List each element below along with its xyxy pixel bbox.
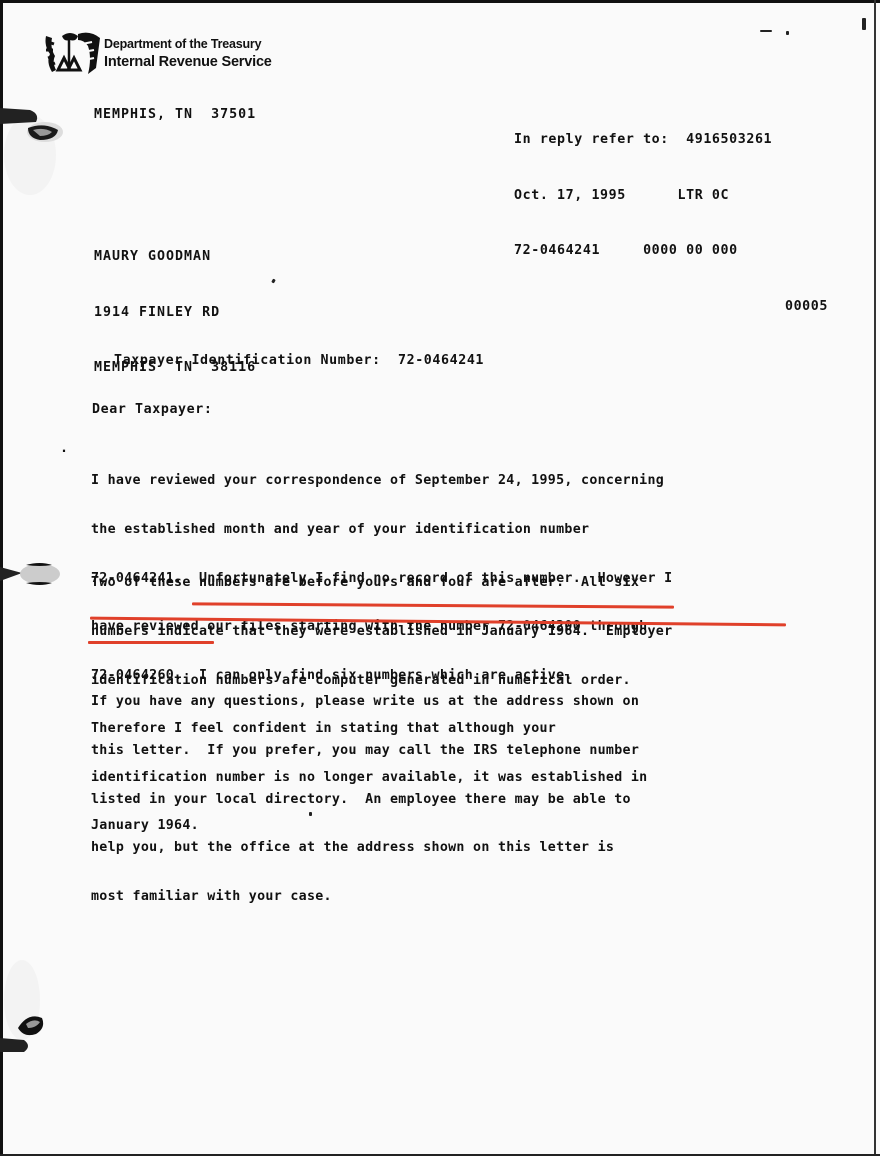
letter-date: Oct. 17, 1995 LTR 0C (514, 187, 828, 206)
irs-logo-icon (42, 28, 104, 78)
binder-ring-icon (0, 100, 70, 200)
reference-codes: 72-0464241 0000 00 000 (514, 242, 828, 261)
office-location: MEMPHIS, TN 37501 (94, 107, 256, 122)
scan-speck (760, 30, 772, 32)
agency-department: Department of the Treasury (104, 36, 272, 52)
scan-speck (862, 18, 866, 30)
text-line: listed in your local directory. An emplo… (91, 792, 831, 808)
recipient-address: MAURY GOODMAN 1914 FINLEY RD MEMPHIS TN … (94, 211, 256, 396)
text-line: this letter. If you prefer, you may call… (91, 743, 831, 759)
text-line: numbers indicate that they were establis… (91, 624, 831, 640)
paragraph-3: If you have any questions, please write … (91, 662, 831, 921)
agency-name: Internal Revenue Service (104, 52, 272, 72)
binder-ring-icon (0, 555, 70, 605)
highlight-underline (88, 641, 214, 644)
text-line: Two of these numbers are before yours an… (91, 575, 831, 591)
text-line: the established month and year of your i… (91, 522, 831, 538)
reference-sequence: 00005 (514, 298, 828, 317)
text-line: I have reviewed your correspondence of S… (91, 473, 831, 489)
text-line: help you, but the office at the address … (91, 840, 831, 856)
subject-line: Taxpayer Identification Number: 72-04642… (114, 353, 484, 368)
recipient-street: 1914 FINLEY RD (94, 304, 256, 323)
reference-block: In reply refer to: 4916503261 Oct. 17, 1… (514, 94, 828, 335)
scan-border-right (874, 0, 876, 1156)
scan-speck (271, 279, 276, 284)
text-line: If you have any questions, please write … (91, 694, 831, 710)
binder-ring-icon (0, 960, 70, 1060)
scan-speck: . (60, 441, 68, 456)
reference-number: In reply refer to: 4916503261 (514, 131, 828, 150)
recipient-name: MAURY GOODMAN (94, 248, 256, 267)
scan-border-top (0, 0, 880, 3)
text-line: most familiar with your case. (91, 889, 831, 905)
salutation: Dear Taxpayer: (92, 402, 212, 417)
scan-speck (786, 31, 789, 35)
